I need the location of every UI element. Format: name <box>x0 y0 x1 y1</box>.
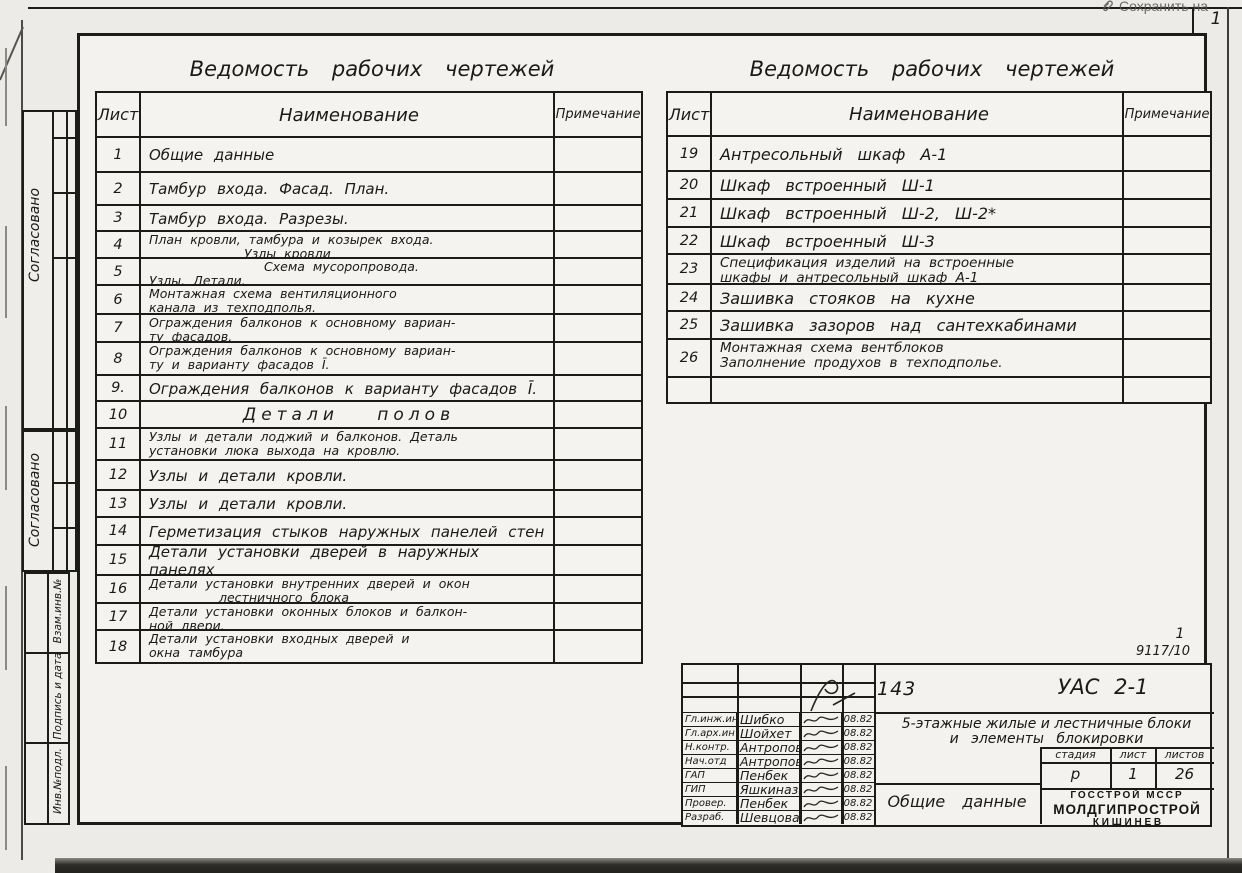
sheet-number-cell: 7 <box>97 315 141 341</box>
sheet-bottom-shadow <box>55 858 1242 873</box>
note-cell <box>553 206 641 230</box>
signature-squiggle <box>800 769 842 782</box>
signature-date: 08.82 <box>842 741 874 754</box>
fold-dash <box>5 48 7 126</box>
note-cell <box>1122 340 1210 376</box>
drawing-name-cell: Детали установки внутренних дверей и око… <box>141 576 553 602</box>
col-header-sheet: Лист <box>97 93 141 136</box>
signature-date: 08.82 <box>842 797 874 810</box>
signatory-row: Нач.отдАнтропова08.82 <box>683 754 874 768</box>
sheet-number-cell: 21 <box>668 200 712 226</box>
drawing-name-cell: Антресольный шкаф А-1 <box>712 137 1122 170</box>
note-cell <box>553 259 641 284</box>
col-header-name: Наименование <box>712 93 1122 135</box>
col-header-note: Примечание <box>1122 93 1210 135</box>
fold-dash <box>5 226 7 318</box>
note-cell <box>553 604 641 629</box>
sheet-number-cell: 19 <box>668 137 712 170</box>
note-cell <box>553 315 641 341</box>
table-body: 1Общие данные2Тамбур входа. Фасад. План.… <box>97 138 641 662</box>
note-cell <box>553 286 641 313</box>
note-cell <box>553 461 641 489</box>
note-cell <box>1122 255 1210 283</box>
table-row: 21Шкаф встроенный Ш-2, Ш-2* <box>668 198 1210 226</box>
scanned-drawing-sheet: Сохранить на 1 Согласовано Согласовано В… <box>0 0 1242 873</box>
document-designation: УАС 2-1 <box>1023 675 1183 699</box>
drawing-name-cell: Шкаф встроенный Ш-1 <box>712 172 1122 198</box>
col-header-name: Наименование <box>141 93 553 136</box>
signatory-role: Разраб. <box>683 811 737 824</box>
table-row: 24Зашивка стояков на кухне <box>668 283 1210 310</box>
frame-column-label: Подпись и дата <box>52 653 64 740</box>
fold-dash <box>5 586 7 670</box>
table-row: 15Детали установки дверей в наружных пан… <box>97 544 641 574</box>
note-cell <box>553 138 641 171</box>
paperclip-icon <box>1100 0 1114 13</box>
signatory-role: ГАП <box>683 769 737 782</box>
drawing-name-cell: Схема мусоропровода.Узлы. Детали. <box>141 259 553 284</box>
signatory-name: Пенбек <box>737 769 800 782</box>
table-row: 5Схема мусоропровода.Узлы. Детали. <box>97 257 641 284</box>
note-cell <box>1122 137 1210 170</box>
note-cell <box>553 518 641 544</box>
signature-squiggle <box>800 797 842 810</box>
drawing-name-cell: Шкаф встроенный Ш-2, Ш-2* <box>712 200 1122 226</box>
drawing-name-cell: Детали установки оконных блоков и балкон… <box>141 604 553 629</box>
note-cell <box>1122 228 1210 253</box>
note-cell <box>553 631 641 662</box>
drawing-list-table-right: Лист Наименование Примечание 19Антресоль… <box>666 91 1212 404</box>
signatory-role: Гл.арх.ин <box>683 727 737 740</box>
sheet-number-cell: 9. <box>97 376 141 400</box>
table-row: 4План кровли, тамбура и козырек входа.Уз… <box>97 230 641 257</box>
doc-number-top: 1 <box>1168 626 1192 642</box>
table-row: 25Зашивка зазоров над сантехкабинами <box>668 310 1210 338</box>
org-line3: К И Ш И Н Е В <box>1042 817 1212 829</box>
drawing-name-cell: Зашивка зазоров над сантехкабинами <box>712 312 1122 338</box>
table-row: 20Шкаф встроенный Ш-1 <box>668 170 1210 198</box>
signatory-role: Нач.отд <box>683 755 737 768</box>
sheet-number-cell: 5 <box>97 259 141 284</box>
sheet-number-cell: 11 <box>97 429 141 459</box>
organization-name: ГОССТРОЙ МССР МОЛДГИПРОСТРОЙ К И Ш И Н Е… <box>1042 790 1212 829</box>
note-cell <box>553 491 641 516</box>
sheet-number-cell: 10 <box>97 402 141 427</box>
signature-flourish <box>803 671 863 717</box>
signatory-role: Гл.инж.ин <box>683 713 737 726</box>
signatory-role: Провер. <box>683 797 737 810</box>
frame-column-label: Взам.инв.№ <box>52 579 64 644</box>
sheet-number-cell: 16 <box>97 576 141 602</box>
drawing-name-cell: Герметизация стыков наружных панелей сте… <box>141 518 553 544</box>
sheet-number-cell: 1 <box>97 138 141 171</box>
sheet-number-cell: 26 <box>668 340 712 376</box>
signatory-name: Шибко <box>737 713 800 726</box>
table-row: 7Ограждения балконов к основному вариан-… <box>97 313 641 341</box>
note-cell <box>1122 200 1210 226</box>
signature-date: 08.82 <box>842 811 874 824</box>
signature-date: 08.82 <box>842 755 874 768</box>
note-cell <box>1122 285 1210 310</box>
note-cell <box>553 546 641 574</box>
table-row: 6Монтажная схема вентиляционногоканала и… <box>97 284 641 313</box>
note-cell <box>553 173 641 204</box>
org-line2: МОЛДГИПРОСТРОЙ <box>1042 802 1212 818</box>
signature-squiggle <box>800 755 842 768</box>
signature-squiggle <box>800 741 842 754</box>
org-line1: ГОССТРОЙ МССР <box>1042 790 1212 802</box>
table-row: 11Узлы и детали лоджий и балконов. Детал… <box>97 427 641 459</box>
right-table-title: Ведомость рабочих чертежей <box>750 57 1115 81</box>
table-row: 19Антресольный шкаф А-1 <box>668 137 1210 170</box>
table-row: 2Тамбур входа. Фасад. План. <box>97 171 641 204</box>
signatory-row: Гл.арх.инШойхет08.82 <box>683 726 874 740</box>
drawing-name-cell: Узлы и детали лоджий и балконов. Детальу… <box>141 429 553 459</box>
sheet-number-cell: 14 <box>97 518 141 544</box>
drawing-name-cell: Детали установки дверей в наружных панел… <box>141 546 553 574</box>
signature-date: 08.82 <box>842 769 874 782</box>
sheet-number-cell: 22 <box>668 228 712 253</box>
signature-squiggle <box>800 783 842 796</box>
drawing-list-table-left: Лист Наименование Примечание 1Общие данн… <box>95 91 643 664</box>
sheet-number-cell <box>668 378 712 402</box>
table-row: 14Герметизация стыков наружных панелей с… <box>97 516 641 544</box>
save-to-label: Сохранить на <box>1119 0 1208 14</box>
project-code: 143 <box>877 678 916 700</box>
col-header-note: Примечание <box>553 93 641 136</box>
note-cell <box>553 576 641 602</box>
sheet-number-cell: 23 <box>668 255 712 283</box>
note-cell <box>1122 378 1210 402</box>
note-cell <box>1122 312 1210 338</box>
drawing-name-cell: Узлы и детали кровли. <box>141 461 553 489</box>
approval-label: Согласовано <box>27 188 43 282</box>
signatory-role: Н.контр. <box>683 741 737 754</box>
sheet-top-edge <box>28 7 1242 9</box>
stage-header: лист <box>1111 748 1155 761</box>
drawing-name-cell: Детали установки входных дверей иокна та… <box>141 631 553 662</box>
sheet-number-cell: 15 <box>97 546 141 574</box>
drawing-name-cell: Ограждения балконов к варианту фасадов Ī… <box>141 376 553 400</box>
fold-dash <box>5 766 7 850</box>
table-row: 12Узлы и детали кровли. <box>97 459 641 489</box>
drawing-name-cell: Шкаф встроенный Ш-3 <box>712 228 1122 253</box>
signature-squiggle <box>800 811 842 824</box>
note-cell <box>553 402 641 427</box>
stage-header: листов <box>1156 748 1213 761</box>
signature-squiggle <box>800 727 842 740</box>
left-table-title: Ведомость рабочих чертежей <box>190 57 555 81</box>
signatory-row: ГИПЯшкинази08.82 <box>683 782 874 796</box>
signature-date: 08.82 <box>842 783 874 796</box>
stage-header: стадия <box>1041 748 1110 761</box>
signatory-name: Яшкинази <box>737 783 800 796</box>
sheet-number-cell: 4 <box>97 232 141 257</box>
stage-value: р <box>1041 765 1110 783</box>
corner-box-line <box>1192 7 1194 33</box>
sheet-number-cell: 20 <box>668 172 712 198</box>
table-row: 22Шкаф встроенный Ш-3 <box>668 226 1210 253</box>
table-row: 16Детали установки внутренних дверей и о… <box>97 574 641 602</box>
table-row: 8Ограждения балконов к основному вариан-… <box>97 341 641 374</box>
sheet-number-value: 1 <box>1111 765 1155 783</box>
sheet-number-cell: 17 <box>97 604 141 629</box>
sheet-number-cell: 12 <box>97 461 141 489</box>
sheet-number-cell: 13 <box>97 491 141 516</box>
sheet-number-cell: 3 <box>97 206 141 230</box>
signatory-row: Н.контр.Антропова08.82 <box>683 740 874 754</box>
signatory-role: ГИП <box>683 783 737 796</box>
title-block: Гл.инж.инШибко08.82Гл.арх.инШойхет08.82Н… <box>681 663 1212 827</box>
sheet-number-cell: 8 <box>97 343 141 374</box>
table-row: 26Монтажная схема вентблоковЗаполнение п… <box>668 338 1210 376</box>
drawing-name-cell: Общие данные <box>141 138 553 171</box>
sheet-number-cell: 2 <box>97 173 141 204</box>
col-header-sheet: Лист <box>668 93 712 135</box>
note-cell <box>553 232 641 257</box>
drawing-name-cell: Монтажная схема вентиляционногоканала из… <box>141 286 553 313</box>
table-row: 9.Ограждения балконов к варианту фасадов… <box>97 374 641 400</box>
signatory-name: Шойхет <box>737 727 800 740</box>
sheet-number-cell: 25 <box>668 312 712 338</box>
signatory-row: ГАППенбек08.82 <box>683 768 874 782</box>
table-row: 17Детали установки оконных блоков и балк… <box>97 602 641 629</box>
sheet-number-cell: 18 <box>97 631 141 662</box>
sheet-right-edge <box>1227 7 1229 860</box>
signatory-row: Провер.Пенбек08.82 <box>683 796 874 810</box>
table-row <box>668 376 1210 402</box>
fold-dash <box>5 406 7 490</box>
signatory-name: Антропова <box>737 755 800 768</box>
project-title-line2: и элементы блокировки <box>879 731 1214 747</box>
approval-label: Согласовано <box>27 453 43 547</box>
table-row: 10Детали полов <box>97 400 641 427</box>
corner-page-number: 1 <box>1204 9 1228 29</box>
project-title-line1: 5-этажные жилые и лестничные блоки <box>879 716 1214 732</box>
drawing-name-cell: Монтажная схема вентблоковЗаполнение про… <box>712 340 1122 376</box>
drawing-name-cell: Зашивка стояков на кухне <box>712 285 1122 310</box>
drawing-name-cell: Ограждения балконов к основному вариан-т… <box>141 343 553 374</box>
drawing-name-cell: Спецификация изделий на встроенныешкафы … <box>712 255 1122 283</box>
signature-date: 08.82 <box>842 727 874 740</box>
signatory-name: Пенбек <box>737 797 800 810</box>
note-cell <box>553 343 641 374</box>
sheet-title: Общие данные <box>874 792 1040 811</box>
sheet-number-cell: 6 <box>97 286 141 313</box>
table-row: 13Узлы и детали кровли. <box>97 489 641 516</box>
table-row: 3Тамбур входа. Разрезы. <box>97 204 641 230</box>
signatory-name: Шевцова <box>737 811 800 824</box>
signatory-row: Разраб.Шевцова08.82 <box>683 810 874 824</box>
drawing-name-cell <box>712 378 1122 402</box>
drawing-name-cell: Тамбур входа. Разрезы. <box>141 206 553 230</box>
drawing-name-cell: План кровли, тамбура и козырек входа.Узл… <box>141 232 553 257</box>
drawing-name-cell: Тамбур входа. Фасад. План. <box>141 173 553 204</box>
sheet-number-cell: 24 <box>668 285 712 310</box>
note-cell <box>553 429 641 459</box>
sheet-count-value: 26 <box>1156 765 1213 783</box>
drawing-name-cell: Ограждения балконов к основному вариан-т… <box>141 315 553 341</box>
drawing-name-cell: Детали полов <box>141 402 553 427</box>
signatory-name: Антропова <box>737 741 800 754</box>
frame-column-label: Инв.№подл. <box>52 748 64 814</box>
table-body: 19Антресольный шкаф А-120Шкаф встроенный… <box>668 137 1210 402</box>
drawing-name-cell: Узлы и детали кровли. <box>141 491 553 516</box>
table-row: 18Детали установки входных дверей иокна … <box>97 629 641 662</box>
table-row: 23Спецификация изделий на встроенныешкаф… <box>668 253 1210 283</box>
doc-number-bottom: 9117/10 <box>1128 644 1198 659</box>
note-cell <box>1122 172 1210 198</box>
table-row: 1Общие данные <box>97 138 641 171</box>
note-cell <box>553 376 641 400</box>
